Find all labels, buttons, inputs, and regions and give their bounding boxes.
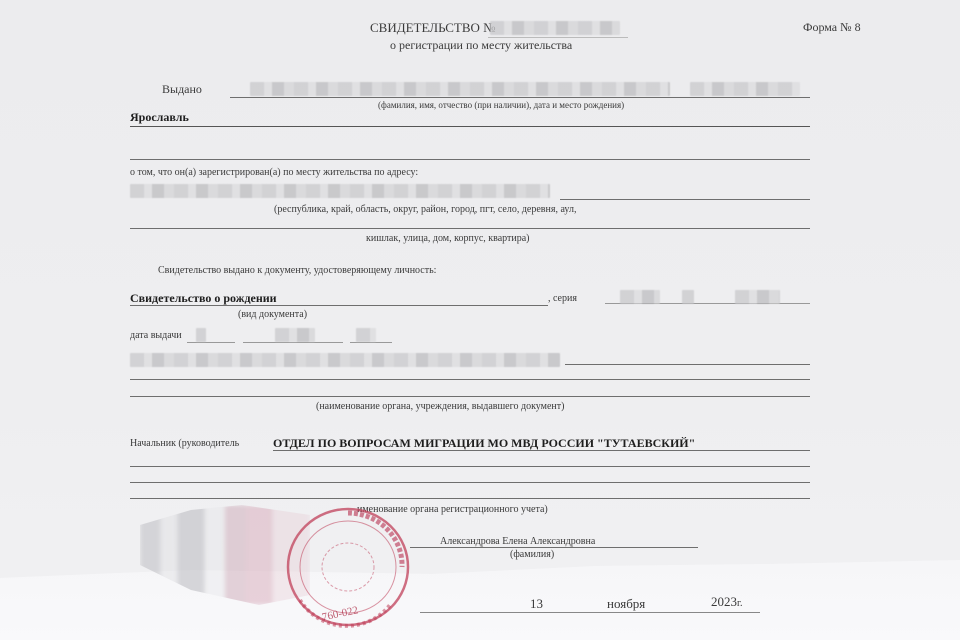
- date-day: 13: [530, 596, 543, 612]
- authority-line-4: [130, 498, 810, 499]
- official-stamp: 760-022: [270, 505, 420, 635]
- authority-name: ОТДЕЛ ПО ВОПРОСАМ МИГРАЦИИ МО МВД РОССИИ…: [273, 436, 695, 451]
- authority-line-1: [273, 450, 810, 451]
- series-redacted-2: [682, 290, 694, 304]
- issuer-line-2: [130, 379, 810, 380]
- number-redacted: [735, 290, 780, 304]
- issue-month-redacted: [275, 328, 315, 342]
- date-year-value: 2023: [711, 594, 737, 609]
- issue-day-redacted: [196, 328, 206, 342]
- issued-to-line: [230, 97, 810, 98]
- svg-text:760-022: 760-022: [321, 604, 359, 623]
- address-hint-2: кишлак, улица, дом, корпус, квартира): [366, 233, 530, 244]
- series-label: , серия: [548, 293, 577, 304]
- place-of-birth-line: [130, 126, 810, 127]
- official-name: Александрова Елена Александровна: [440, 536, 595, 547]
- official-name-line: [410, 547, 698, 548]
- issuer-line-3: [130, 396, 810, 397]
- authority-line-3: [130, 482, 810, 483]
- date-year-suffix: г.: [737, 598, 742, 609]
- issue-date-label: дата выдачи: [130, 330, 182, 341]
- issuer-line-1: [565, 364, 810, 365]
- date-line: [420, 612, 760, 613]
- issued-to-label: Выдано: [162, 82, 202, 97]
- date-year: 2023г.: [711, 594, 742, 610]
- issue-year-line: [350, 342, 392, 343]
- certificate-number-redacted: [490, 21, 620, 35]
- authority-line-2: [130, 466, 810, 467]
- blank-line: [130, 159, 810, 160]
- registration-statement: о том, что он(а) зарегистрирован(а) по м…: [130, 167, 418, 178]
- issue-day-line: [187, 342, 235, 343]
- issuer-redacted: [130, 353, 560, 367]
- paper-lower-sheet: [0, 560, 960, 640]
- date-month: ноября: [607, 596, 645, 612]
- official-name-hint: (фамилия): [510, 549, 554, 560]
- issued-to-redacted: [250, 82, 670, 96]
- address-line-2: [130, 228, 810, 229]
- address-redacted: [130, 184, 550, 198]
- certificate-subtitle: о регистрации по месту жительства: [390, 38, 572, 53]
- document-type-hint: (вид документа): [238, 309, 307, 320]
- issue-year-redacted: [356, 328, 376, 342]
- document-type-line: [130, 305, 548, 306]
- issued-to-redacted-2: [690, 82, 800, 96]
- head-label: Начальник (руководитель: [130, 438, 239, 449]
- place-of-birth: Ярославль: [130, 110, 189, 125]
- certificate-title: СВИДЕТЕЛЬСТВО №: [370, 20, 496, 36]
- stamp-seal-icon: 760-022: [270, 505, 420, 635]
- address-line: [560, 199, 810, 200]
- form-number: Форма № 8: [803, 20, 861, 35]
- issued-to-hint: (фамилия, имя, отчество (при наличии), д…: [378, 100, 624, 110]
- identity-intro: Свидетельство выдано к документу, удосто…: [158, 265, 436, 276]
- issuer-hint: (наименование органа, учреждения, выдавш…: [316, 401, 564, 412]
- document-type: Свидетельство о рождении: [130, 291, 277, 306]
- series-redacted: [620, 290, 660, 304]
- address-hint-1: (республика, край, область, округ, район…: [274, 204, 576, 215]
- issue-month-line: [243, 342, 343, 343]
